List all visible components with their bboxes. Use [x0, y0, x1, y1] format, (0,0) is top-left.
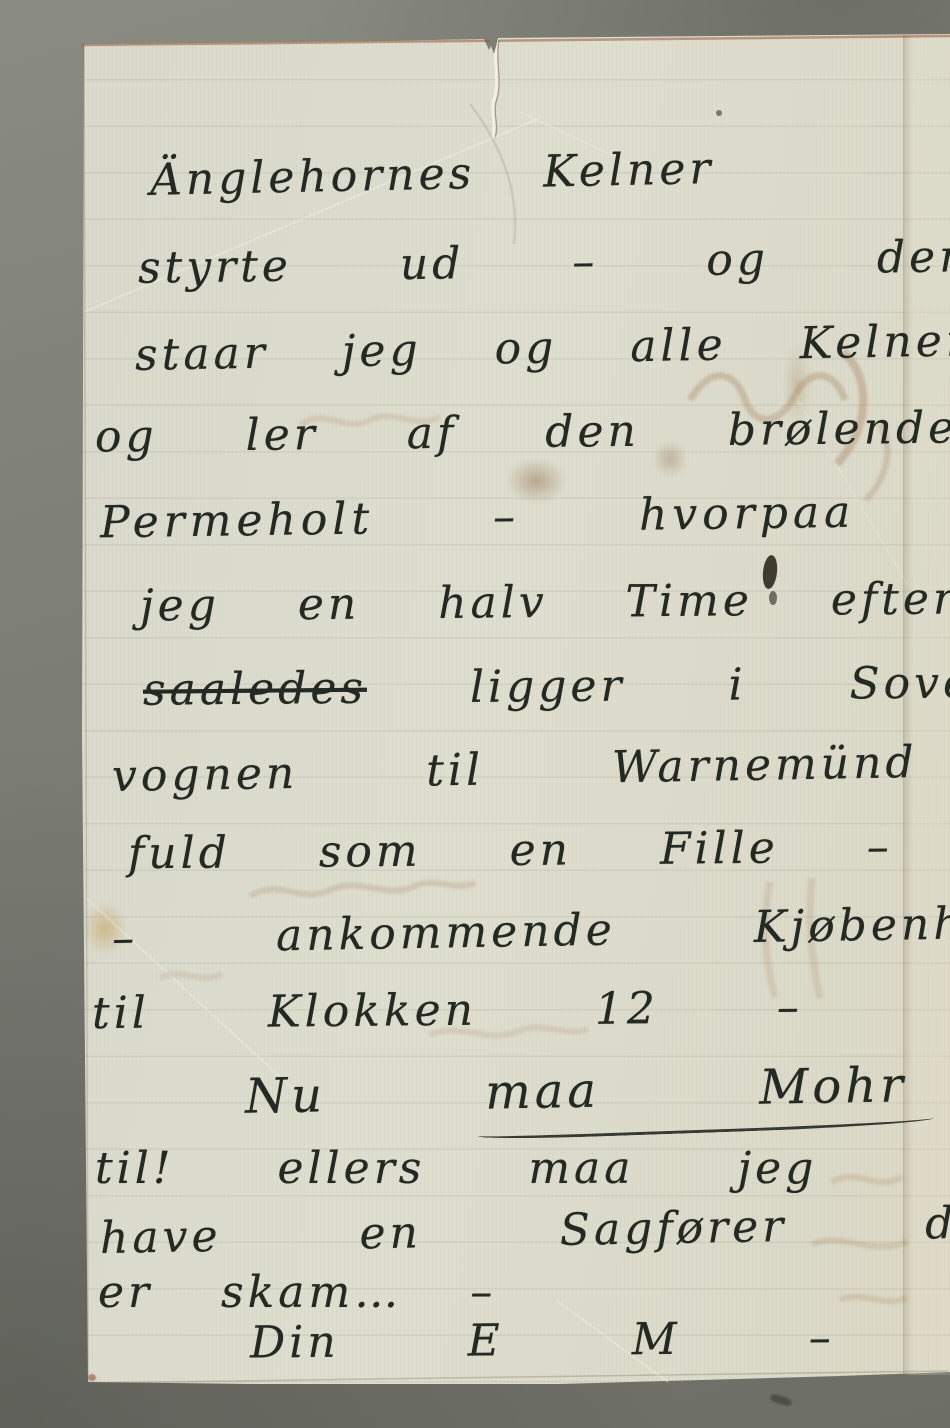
line-text: er skam… – [98, 1267, 496, 1318]
background-mark [769, 1393, 792, 1407]
handwritten-line: fuld som en Fille – [128, 825, 893, 878]
handwritten-line: jeg en halv Time efter [140, 576, 950, 629]
signature-line: Din E M – [250, 1315, 835, 1366]
photograph-background: Änglehornes Kelner styrte ud – og der st… [0, 0, 950, 1428]
line-text: fuld som en Fille – [128, 822, 893, 880]
line-text: Nu [245, 1067, 327, 1124]
signature-text: Din E M – [250, 1312, 835, 1368]
underlined-phrase: maa Mohr [485, 1057, 908, 1120]
handwritten-line: styrte ud – og der [138, 234, 950, 292]
line-text: jeg en halv Time efter [140, 573, 950, 631]
line-text: Permeholt – hvorpaa [100, 487, 856, 549]
line-text: og ler af den brølende [95, 402, 950, 462]
handwritten-line: Änglehornes Kelner [150, 146, 715, 204]
handwritten-line: Nu maa Mohr [245, 1060, 908, 1122]
handwritten-line: Permeholt – hvorpaa [100, 490, 856, 547]
struck-out-word: saaledes [143, 663, 367, 716]
line-text: til! ellers maa jeg [95, 1143, 817, 1194]
handwritten-line: til Klokken 12 – [92, 985, 803, 1037]
handwritten-line: er skam… – [98, 1270, 496, 1316]
line-text: ligger i Sove- [470, 657, 950, 713]
line-text: til Klokken 12 – [92, 982, 803, 1039]
handwritten-line: saaledes ligger i Sove- [143, 660, 950, 714]
handwritten-line: og ler af den brølende [95, 405, 950, 460]
handwritten-line: til! ellers maa jeg [95, 1146, 817, 1192]
